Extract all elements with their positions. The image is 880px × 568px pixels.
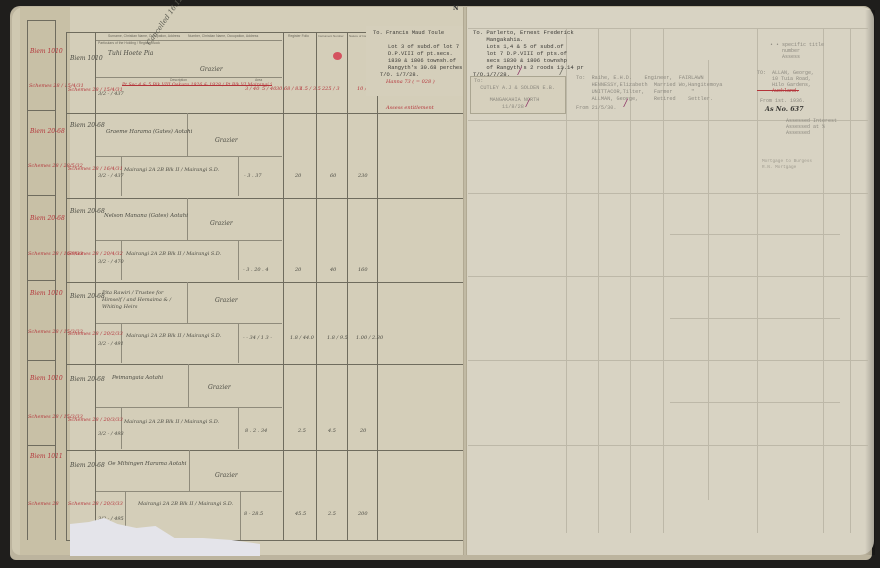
right-block-to: Auckland. bbox=[757, 88, 799, 95]
stamp-line: CUTLEY A.J & SOLDEN E.B. bbox=[474, 85, 555, 92]
row-area: - 3 . 37 bbox=[244, 172, 262, 180]
margin-entry-top: Biem 20-68 bbox=[30, 215, 65, 223]
right-grid-col bbox=[566, 28, 567, 533]
row-date-top: Biem 20-68 bbox=[70, 462, 105, 470]
row-ref: 3/2 - / 470 bbox=[98, 258, 124, 266]
right-grid-rule bbox=[468, 445, 868, 446]
row-divider bbox=[66, 113, 464, 114]
margin-entry-top: Biem 1010 bbox=[30, 375, 63, 383]
row-area: 8 . 2 . 34 bbox=[245, 427, 267, 435]
memo-red-annotation: Hanna 73 ( = 028 ) bbox=[386, 78, 435, 86]
row-date-bottom: Schemes 28 / 20/3/33 bbox=[68, 500, 123, 508]
to-block-line: HENNESSY,Elizabeth Married Wo,Hangitemoy… bbox=[576, 82, 722, 89]
right-block-bottom: Assessed bbox=[786, 130, 810, 137]
stamp-line: MANGAKAHIA NORTH bbox=[474, 97, 539, 104]
col-rule bbox=[121, 407, 122, 449]
margin-divider bbox=[27, 195, 55, 196]
margin-entry-top: Biem 1011 bbox=[30, 453, 63, 461]
row-description: Mairangi 2A 2B Blk II / Mairangi S.D. bbox=[126, 332, 221, 340]
row-ref: 3/2 - / 491 bbox=[98, 340, 124, 348]
right-grid-col bbox=[598, 28, 599, 533]
col-rule bbox=[238, 240, 239, 280]
row-date-top: Biem 20-68 bbox=[70, 122, 105, 130]
margin-divider bbox=[27, 110, 55, 111]
memo-line: To. Francis Maud Toule bbox=[373, 30, 444, 37]
to-block-from-date: From 21/5/30. bbox=[576, 105, 616, 112]
red-value: 3 / 40 bbox=[245, 85, 259, 93]
col-rule bbox=[189, 450, 190, 491]
right-grid-col bbox=[630, 28, 631, 533]
right-grid-col bbox=[850, 28, 851, 533]
col-rule bbox=[187, 282, 188, 323]
col-rule bbox=[66, 32, 67, 540]
right-block-top: Assess bbox=[770, 54, 800, 61]
row-description: Mairangi 2A 2B Blk II / Mairangi S.D. bbox=[124, 418, 219, 426]
margin-divider bbox=[27, 280, 55, 281]
row-occupation: Grazier bbox=[210, 220, 233, 228]
stamp-line: 11/8/28 bbox=[474, 104, 524, 111]
row-ref: 3/2 - / 437 bbox=[98, 172, 124, 180]
row-instrument: 2.5 bbox=[328, 510, 336, 518]
col-rule bbox=[238, 156, 239, 196]
row-instrument: 1.8 / 9.5 bbox=[327, 334, 348, 342]
margin-entry-top: Biem 20-68 bbox=[30, 128, 65, 136]
red-value: 5 / 40 bbox=[262, 85, 276, 93]
memo-red-note: Assess entitlement bbox=[386, 104, 434, 112]
memo-line: 1830 & 1806 townsh.of bbox=[388, 58, 456, 65]
row-date-top: Biem 20-68 bbox=[70, 208, 105, 216]
row-area: - - 34 / 1 3 - bbox=[243, 334, 272, 342]
right-grid-rule bbox=[670, 318, 840, 319]
col-rule bbox=[316, 32, 317, 540]
row-nature: 200 bbox=[358, 510, 368, 518]
margin-rule bbox=[27, 20, 55, 21]
row-folio: 45.5 bbox=[295, 510, 306, 518]
header-col-transferee: Number, Christian Name, Occupation, Addr… bbox=[188, 34, 258, 38]
row-owner: Tuhi Hoete Pia bbox=[108, 50, 153, 58]
row-instrument: 40 bbox=[330, 266, 336, 274]
row-date-bottom: Schemes 28 / 20/3/33 bbox=[68, 416, 123, 424]
header-col-owner: Surname, Christian Name, Occupation, Add… bbox=[108, 34, 180, 38]
row-date-bottom: Schemes 28 / 20/2/33 bbox=[68, 330, 123, 338]
row-folio: 20 bbox=[295, 172, 301, 180]
row-occupation: Grazier bbox=[208, 384, 231, 392]
row-subdivider bbox=[96, 491, 282, 492]
row-folio: 2.5 bbox=[298, 427, 306, 435]
to-block-line: To: Raihe, E.H.D. Engineer, FAIRLAWN bbox=[576, 75, 704, 82]
row-folio: 20 bbox=[295, 266, 301, 274]
red-value: 225 / 3 bbox=[322, 85, 340, 93]
margin-divider bbox=[27, 445, 55, 446]
check-tick-icon: / bbox=[624, 98, 627, 109]
row-owner: Pita Rawiri / Trustee for Himself / and … bbox=[102, 290, 182, 311]
memo-line: Lot 3 of subd.of lot 7 bbox=[388, 44, 459, 51]
right-grid-col bbox=[663, 28, 664, 533]
col-rule bbox=[240, 491, 241, 540]
row-nature: 1.00 / 2.30 bbox=[356, 334, 383, 342]
row-subdivider bbox=[96, 240, 282, 241]
handwritten-ref: As No. 637 bbox=[765, 105, 804, 113]
row-divider bbox=[66, 282, 464, 283]
row-occupation: Grazier bbox=[200, 66, 223, 74]
row-divider bbox=[66, 364, 464, 365]
col-rule bbox=[238, 407, 239, 449]
row-nature: 20 bbox=[360, 427, 366, 435]
row-area: 8 - 28.5 bbox=[244, 510, 263, 518]
margin-entry-top: Biem 1010 bbox=[30, 48, 63, 56]
stamp-line: To: bbox=[474, 78, 483, 85]
col-rule bbox=[377, 32, 378, 540]
row-instrument: 60 bbox=[330, 172, 336, 180]
right-grid-col bbox=[757, 28, 758, 533]
row-occupation: Grazier bbox=[215, 137, 238, 145]
row-date-top: Biem 1010 bbox=[70, 55, 103, 63]
page-edge-shadow bbox=[865, 10, 875, 555]
to-block-line: UNITTACOR,Tilter, Farmer " bbox=[576, 89, 694, 96]
margin-entry-bottom: Schemes 28 bbox=[28, 500, 59, 508]
row-owner: Graeme Harama (Gates) Aotahi bbox=[106, 128, 192, 136]
row-date-bottom: Schemes 28 / 20/4/32 bbox=[68, 250, 123, 258]
row-subdivider bbox=[96, 407, 282, 408]
row-divider bbox=[66, 450, 464, 451]
right-grid-col bbox=[823, 28, 824, 533]
row-folio: 1.8 / 44.0 bbox=[290, 334, 314, 342]
right-grid-rule bbox=[468, 360, 868, 361]
row-nature: 230 bbox=[358, 172, 368, 180]
red-value: 30.68 / 83 bbox=[276, 85, 302, 93]
margin-divider bbox=[27, 360, 55, 361]
col-rule bbox=[283, 32, 284, 540]
red-value: 1.5 / 3.5 bbox=[300, 85, 321, 93]
row-ref: 3/2 - / 437 bbox=[98, 90, 124, 98]
book-gutter bbox=[463, 7, 467, 555]
margin-rule bbox=[55, 20, 56, 540]
right-grid-rule bbox=[468, 276, 868, 277]
row-owner: Oe Mihingen Harama Aotahi bbox=[108, 460, 187, 468]
row-ref: 3/2 - / 493 bbox=[98, 430, 124, 438]
col-rule bbox=[188, 364, 189, 407]
row-nature: 160 bbox=[358, 266, 368, 274]
right-grid-rule bbox=[468, 193, 868, 194]
right-grid-rule bbox=[670, 402, 840, 403]
row-divider bbox=[66, 198, 464, 199]
page-marker: N bbox=[453, 5, 458, 13]
row-instrument: 4.5 bbox=[328, 427, 336, 435]
row-occupation: Grazier bbox=[215, 297, 238, 305]
header-col-folio: Register Folio bbox=[288, 34, 309, 38]
margin-entry-top: Biem 1010 bbox=[30, 290, 63, 298]
row-date-top: Biem 20-68 bbox=[70, 376, 105, 384]
memo-line: D.P.VIII of pt.secs. bbox=[388, 51, 453, 58]
row-date-top: Biem 20-68 bbox=[70, 293, 105, 301]
header-col-instrument: Instrument Number bbox=[318, 34, 344, 38]
memo-line: Rangyth's 30.68 perches bbox=[388, 65, 462, 72]
row-subdivider bbox=[96, 323, 282, 324]
row-description: Mairangi 2A 2B Blk II / Mairangi S.D. bbox=[138, 500, 233, 508]
row-subdivider bbox=[96, 156, 282, 157]
right-grid-col bbox=[708, 60, 709, 500]
row-description: Mairangi 2A 2B Blk II / Mairangi S.D. bbox=[126, 250, 221, 258]
row-area: - 3 . 20 . 4 bbox=[243, 266, 269, 274]
col-rule bbox=[238, 323, 239, 363]
row-owner: Peimangaia Aotahi bbox=[112, 374, 163, 382]
right-grid-rule bbox=[670, 234, 840, 235]
right-block-from-date: From 1st. 1936. bbox=[760, 98, 805, 105]
row-description: Mairangi 2A 2B Blk II / Mairangi S.D. bbox=[124, 166, 219, 174]
to-block-line: ALLMAN, George, Retired Settler. bbox=[576, 96, 713, 103]
red-wax-dot bbox=[333, 52, 342, 60]
row-occupation: Grazier bbox=[215, 472, 238, 480]
row-owner: Nelson Manana (Gates) Aotahi bbox=[104, 212, 188, 220]
col-rule bbox=[347, 32, 348, 540]
faded-line: R.N. Mortgage bbox=[762, 164, 796, 171]
check-tick-icon: / bbox=[526, 98, 529, 109]
